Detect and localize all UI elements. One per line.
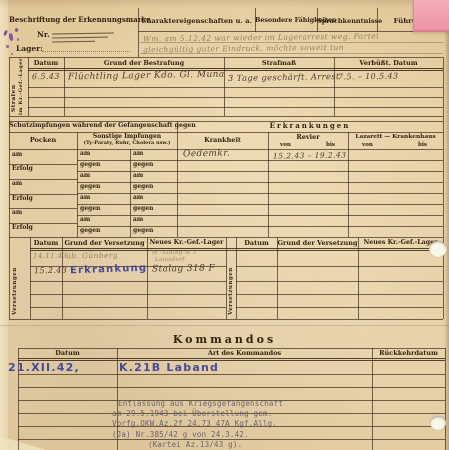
- sonstige-gegen-label: gegen: [80, 162, 100, 169]
- versetzung-row2-lager: Stalag 318 F: [152, 263, 215, 274]
- pocken-am-label: am: [12, 181, 22, 188]
- grid-line: [28, 107, 443, 108]
- grid-line: [77, 132, 78, 237]
- versetzungen-side-label-left: Versetzungen: [12, 251, 18, 315]
- grid-line: [62, 237, 63, 319]
- strafen-entry-grund: Flüchtling Lager Kdo. Gl. Muna: [68, 70, 225, 83]
- pocken-am-label: am: [12, 152, 22, 159]
- sonstige-am-label: am: [133, 151, 143, 158]
- versetzungen-side-label-right: Versetzungen: [228, 251, 234, 315]
- grid-line: [236, 266, 443, 267]
- grid-line: [30, 307, 226, 308]
- sonstige-gegen-label: gegen: [133, 228, 153, 235]
- grid-line: [77, 204, 443, 205]
- sonstige-gegen-label: gegen: [133, 184, 153, 191]
- kommandos-header-rueckkehr: Rückkehrdatum: [372, 350, 445, 357]
- kommandos-header-datum: Datum: [18, 350, 117, 357]
- versetzung-row1-datum: 14.11.43: [33, 252, 67, 260]
- strafen-header-strafmass: Strafmaß: [224, 60, 334, 67]
- typed-discharge-line4: (Ja) Nr.385/42 g von 24.3.42.: [112, 430, 249, 439]
- lazarett-header: Lazarett — Krankenhaus: [348, 134, 443, 140]
- sonstige-gegen-label: gegen: [80, 184, 100, 191]
- krankheit-header: Krankheit: [177, 137, 268, 144]
- pocken-erfolg-label: Erfolg: [12, 196, 33, 203]
- versetzung-row1-grund: üb. Günberg: [66, 251, 118, 261]
- hole-punch-bottom: [430, 416, 446, 430]
- column-sprachkenntnisse: Sprachkenntnisse: [317, 18, 377, 25]
- grid-line: [9, 132, 443, 133]
- sonstige-am-label: am: [80, 195, 90, 202]
- grid-line: [18, 387, 445, 388]
- paper-left-edge: [0, 0, 8, 450]
- grid-line: [268, 132, 269, 237]
- sonstige-gegen-label: gegen: [80, 206, 100, 213]
- versetzung-row2-datum: 15.2.43: [34, 266, 67, 276]
- strafen-side-label-line2: im Kr.-Gef.-Lager: [18, 60, 24, 115]
- erkrankung-entry-revier: 15.2.43 – 19.2.43: [273, 150, 347, 160]
- revier-header: Revier: [268, 134, 348, 141]
- grid-line: [236, 294, 443, 295]
- strafen-side-label-line1: Strafen: [11, 66, 17, 112]
- kommando-entry-art: K.21B Laband: [119, 361, 219, 374]
- erkrankung-stamp: Erkrankung: [70, 263, 148, 277]
- grid-line: [147, 237, 148, 319]
- lager-label: Lager:: [16, 45, 43, 53]
- grid-line: [358, 237, 359, 319]
- typed-discharge-line2: am 29.5.1943 bei Überstellung gem.: [112, 409, 272, 418]
- grid-line: [236, 281, 443, 282]
- grid-line: [77, 226, 443, 227]
- grid-line: [9, 116, 443, 117]
- grid-line: [30, 281, 226, 282]
- versetzungen-header-datum: Datum: [236, 240, 277, 247]
- grid-line: [9, 57, 443, 58]
- grid-line: [77, 215, 443, 216]
- kommandos-title: Kommandos: [0, 334, 449, 346]
- grid-line: [9, 57, 10, 319]
- sonstige-am-label: am: [80, 173, 90, 180]
- grid-line: [77, 193, 443, 194]
- pink-tab: [413, 0, 449, 32]
- grid-line: [18, 358, 445, 361]
- lazarett-bis-label: bis: [418, 142, 427, 148]
- grid-line: [30, 294, 226, 295]
- pocken-header: Pocken: [9, 137, 77, 144]
- nr-value-scribble: [52, 29, 114, 42]
- grid-line: [445, 348, 446, 450]
- pow-record-card: Beschriftung der Erkennungsmarke Nr. Lag…: [0, 0, 449, 450]
- versetzungen-header-datum: Datum: [30, 240, 62, 247]
- grid-line: [236, 237, 237, 319]
- versetzung-row1-lager-line2: Lamsdorf: [155, 257, 185, 263]
- versetzungen-header-lager: Neues Kr.-Gef.-Lager: [147, 240, 226, 247]
- sonstige-header-line2: (Ty-Paraty, Ruhr, Cholera usw.): [77, 141, 177, 147]
- versetzung-row1-lager-line1: M.-Stalag № 3: [152, 250, 197, 257]
- column-besondere-faehigkeiten: Besondere Fähigkeiten: [255, 18, 317, 25]
- pocken-am-label: am: [12, 210, 22, 217]
- grid-line: [348, 132, 349, 237]
- grid-line: [77, 182, 443, 183]
- grid-line: [28, 87, 443, 88]
- erkrankungen-title: Erkrankungen: [177, 122, 443, 130]
- pocken-erfolg-label: Erfolg: [12, 225, 33, 232]
- grid-line: [30, 237, 31, 319]
- hole-punch-top: [429, 241, 447, 257]
- grid-line: [28, 97, 443, 98]
- sonstige-am-label: am: [80, 151, 90, 158]
- revier-bis-label: bis: [326, 142, 335, 148]
- typed-discharge-line3: Vorfg.OKW.Az.2f 24.73 47A Kgf.Allg.: [112, 419, 277, 428]
- strafen-entry-verbuesst: 7.5. – 10.5.43: [338, 71, 399, 81]
- kommando-entry-datum: 21.XII.42,: [8, 361, 80, 374]
- sonstige-am-label: am: [133, 217, 143, 224]
- sonstige-am-label: am: [80, 217, 90, 224]
- column-charaktereigenschaften: Charaktereigenschaften u. a.: [138, 18, 255, 25]
- strafen-header-verbuesst: Verbüßt. Datum: [334, 60, 443, 67]
- paper-crease: [0, 325, 449, 327]
- grid-line: [372, 348, 373, 450]
- kommandos-header-art: Art des Kommandos: [117, 350, 372, 357]
- versetzungen-header-grund: Grund der Versetzung: [62, 240, 147, 247]
- pocken-erfolg-label: Erfolg: [12, 166, 33, 173]
- grid-line: [226, 237, 227, 319]
- strafen-entry-strafmass: 3 Tage geschärft. Arrest: [228, 71, 340, 83]
- grid-line: [236, 307, 443, 308]
- typed-discharge-line1: Entlassung aus Kriegsgefangenschaft: [118, 399, 283, 408]
- sonstige-am-label: am: [133, 195, 143, 202]
- versetzungen-header-grund: Grund der Versetzung: [277, 240, 358, 247]
- nr-label: Nr.: [37, 31, 50, 39]
- grid-line: [18, 374, 445, 375]
- sonstige-gegen-label: gegen: [80, 228, 100, 235]
- sonstige-gegen-label: gegen: [133, 206, 153, 213]
- lazarett-von-label: von: [362, 142, 373, 148]
- grid-line: [77, 160, 443, 161]
- erkrankung-entry-krankheit: Oedemkr.: [183, 149, 230, 160]
- strafen-header-grund: Grund der Bestrafung: [64, 60, 224, 67]
- erkennungsmarke-title: Beschriftung der Erkennungsmarke: [9, 16, 138, 24]
- lager-dotted-line: [42, 44, 130, 52]
- sonstige-am-label: am: [133, 173, 143, 180]
- grid-line: [77, 171, 443, 172]
- sonstige-gegen-label: gegen: [133, 162, 153, 169]
- typed-discharge-line5: (Kartei Az.13/43 g).: [148, 440, 242, 449]
- grid-line: [28, 68, 443, 71]
- strafen-header-datum: Datum: [28, 60, 64, 67]
- grid-line: [130, 149, 131, 237]
- grid-line: [443, 57, 444, 319]
- grid-line: [9, 319, 443, 320]
- paper-top-crease: [0, 0, 449, 8]
- strafen-entry-datum: 6.5.43: [32, 72, 60, 81]
- grid-line: [277, 237, 278, 319]
- impfungen-title: Schutzimpfungen während der Gefangenscha…: [9, 123, 177, 130]
- revier-von-label: von: [280, 142, 291, 148]
